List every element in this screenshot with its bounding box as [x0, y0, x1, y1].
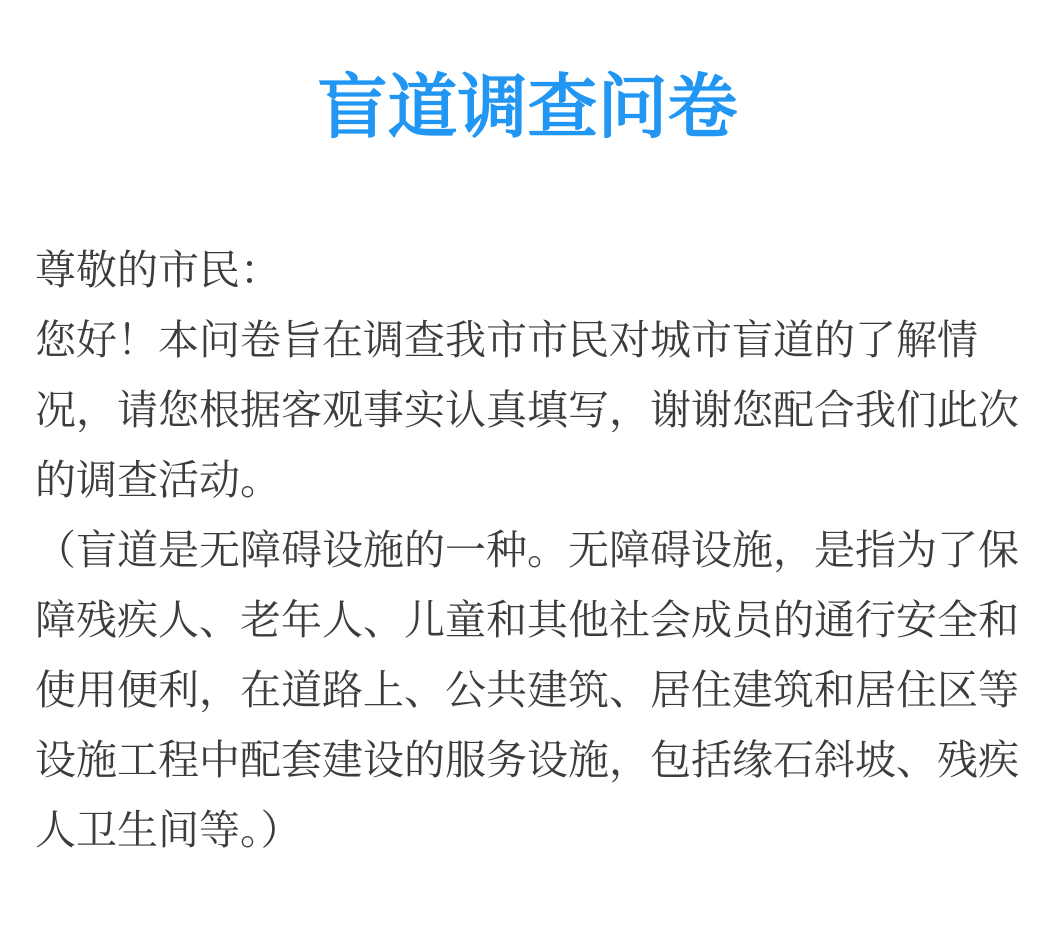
questionnaire-page: 盲道调查问卷 尊敬的市民： 您好！本问卷旨在调查我市市民对城市盲道的了解情况，请…: [0, 0, 1055, 946]
intro-paragraph: 您好！本问卷旨在调查我市市民对城市盲道的了解情况，请您根据客观事实认真填写，谢谢…: [35, 305, 1021, 515]
note-paragraph: （盲道是无障碍设施的一种。无障碍设施，是指为了保障残疾人、老年人、儿童和其他社会…: [35, 515, 1021, 865]
questionnaire-intro-text: 尊敬的市民： 您好！本问卷旨在调查我市市民对城市盲道的了解情况，请您根据客观事实…: [35, 235, 1021, 865]
salutation-line: 尊敬的市民：: [35, 235, 1021, 305]
page-title: 盲道调查问卷: [35, 55, 1020, 160]
